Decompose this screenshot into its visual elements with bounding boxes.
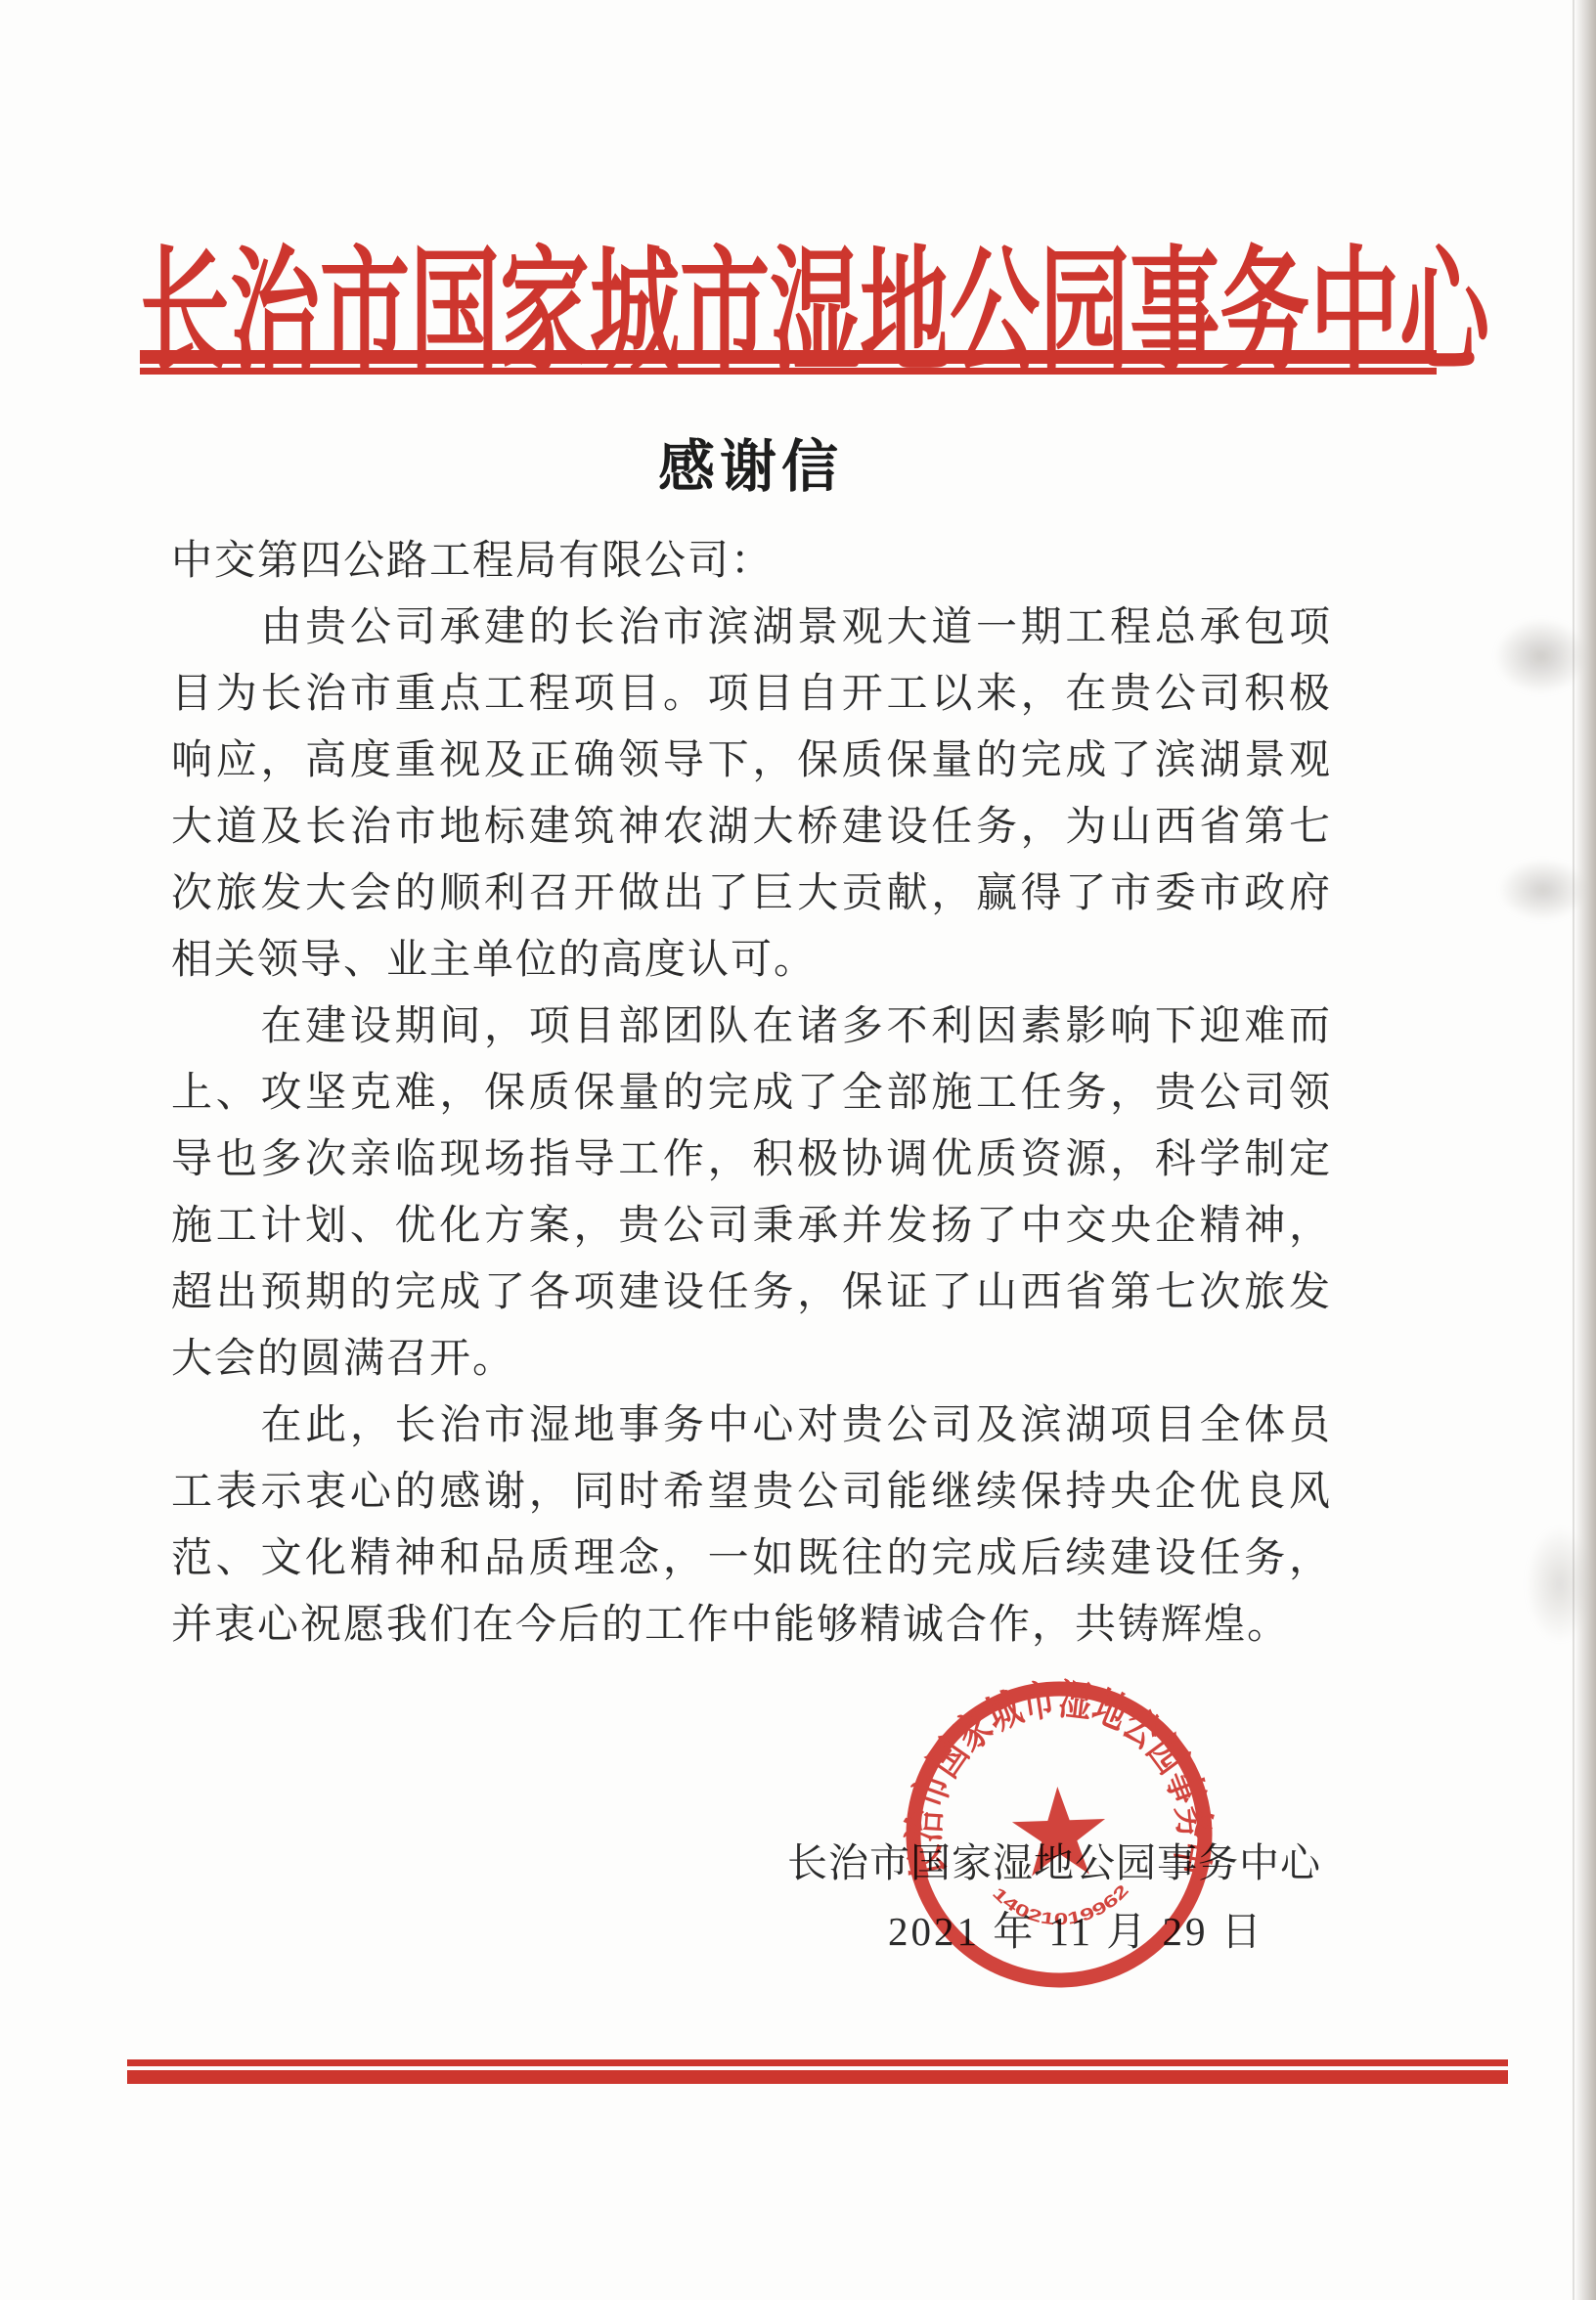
letter-line: 工表示衷心的感谢，同时希望贵公司能继续保持央企优良风: [171, 1459, 1330, 1526]
letter-title: 感谢信: [171, 420, 1330, 503]
letter-line: 响应，高度重视及正确领导下，保质保量的完成了滨湖景观: [171, 728, 1330, 794]
letter-line: 并衷心祝愿我们在今后的工作中能够精诚合作，共铸辉煌。: [171, 1592, 1330, 1659]
letter-line: 上、攻坚克难，保质保量的完成了全部施工任务，贵公司领: [171, 1060, 1330, 1127]
letter-line: 目为长治市重点工程项目。项目自开工以来，在贵公司积极: [171, 661, 1330, 728]
header-rule-thin: [140, 368, 1437, 375]
letter-line: 大会的圆满召开。: [171, 1326, 1330, 1393]
letter-line: 导也多次亲临现场指导工作，积极协调优质资源，科学制定: [171, 1127, 1330, 1193]
letter-line: 大道及长治市地标建筑神农湖大桥建设任务，为山西省第七: [171, 794, 1330, 861]
letter-line: 在此，长治市湿地事务中心对贵公司及滨湖项目全体员: [171, 1393, 1330, 1459]
svg-text:14021019962: 14021019962: [989, 1880, 1133, 1931]
seal-star-icon: [1011, 1785, 1107, 1877]
letter-line: 超出预期的完成了各项建设任务，保证了山西省第七次旅发: [171, 1260, 1330, 1326]
letter-line: 范、文化精神和品质理念，一如既往的完成后续建设任务，: [171, 1526, 1330, 1592]
letter-body: 中交第四公路工程局有限公司： 由贵公司承建的长治市滨湖景观大道一期工程总承包项目…: [171, 528, 1330, 1659]
letter-line: 次旅发大会的顺利召开做出了巨大贡献，赢得了市委市政府: [171, 861, 1330, 927]
letter-line: 中交第四公路工程局有限公司：: [171, 528, 1330, 595]
letter-line: 施工计划、优化方案，贵公司秉承并发扬了中交央企精神，: [171, 1193, 1330, 1260]
scan-edge-band: [1574, 0, 1596, 2300]
footer-rule-thin: [127, 2059, 1508, 2066]
footer-rule-thick: [127, 2070, 1508, 2084]
scanned-letter-page: 长治市国家城市湿地公园事务中心 感谢信 中交第四公路工程局有限公司： 由贵公司承…: [0, 0, 1596, 2300]
seal-code: 14021019962: [989, 1880, 1133, 1931]
letter-line: 由贵公司承建的长治市滨湖景观大道一期工程总承包项: [171, 595, 1330, 661]
letter-line: 在建设期间，项目部团队在诸多不利因素影响下迎难而: [171, 994, 1330, 1060]
official-seal: 长治市国家城市湿地公园事务中心 14021019962: [892, 1667, 1225, 2001]
header-rule-thick: [140, 350, 1437, 364]
seal-graphic: 长治市国家城市湿地公园事务中心 14021019962: [892, 1667, 1225, 2001]
letter-line: 相关领导、业主单位的高度认可。: [171, 927, 1330, 994]
